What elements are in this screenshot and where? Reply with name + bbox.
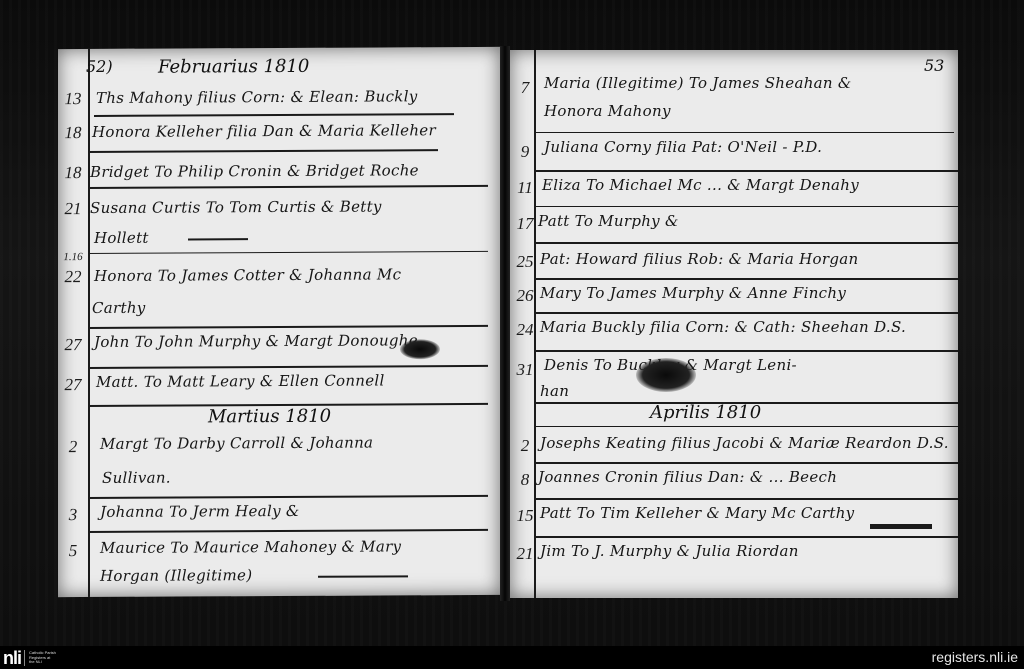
viewer-footer: nli Catholic Parish Registers at the NLI… <box>0 646 1024 669</box>
left-register-page: 52) Februarius 1810 13 Ths Mahony filius… <box>58 47 500 597</box>
entry-day: 11 <box>512 178 538 198</box>
ink-blot <box>400 339 440 359</box>
entry-day: 5 <box>60 541 86 561</box>
register-scan[interactable]: 52) Februarius 1810 13 Ths Mahony filius… <box>0 0 1024 646</box>
register-entry: 18 Honora Kelleher filia Dan & Maria Kel… <box>58 119 500 121</box>
nli-logo-text: Catholic Parish Registers at the NLI <box>29 651 57 665</box>
register-entry: 3 Johanna To Jerm Healy & <box>58 499 500 501</box>
register-entry: 2 Margt To Darby Carroll & Johanna Sulli… <box>58 427 500 429</box>
entry-day: 21 <box>60 199 86 219</box>
ink-smear <box>870 524 932 529</box>
entry-day: 26 <box>512 286 538 306</box>
entry-text: Matt. To Matt Leary & Ellen Connell <box>96 371 385 391</box>
month-heading: Aprilis 1810 <box>650 402 761 423</box>
entry-day: 18 <box>60 163 86 183</box>
nli-logo-mark: nli <box>3 649 21 667</box>
entry-day: 21 <box>512 544 538 564</box>
entry-text: Bridget To Philip Cronin & Bridget Roche <box>90 161 419 181</box>
entry-continuation: Honora Mahony <box>544 102 671 120</box>
entry-day: 2 <box>512 436 538 456</box>
month-heading: Martius 1810 <box>208 406 331 428</box>
entry-day: 22 <box>60 267 86 287</box>
entry-text: Honora To James Cotter & Johanna Mc <box>94 265 401 285</box>
entry-continuation: Horgan (Illegitime) <box>100 566 252 585</box>
register-entry: 18 Bridget To Philip Cronin & Bridget Ro… <box>58 159 500 161</box>
entry-text: John To John Murphy & Margt Donoughe <box>94 331 418 351</box>
entry-continuation: Hollett <box>94 229 149 247</box>
entry-day: 27 <box>60 375 86 395</box>
entry-day: 15 <box>512 506 538 526</box>
ink-blot <box>636 358 696 392</box>
entry-text: Patt To Tim Kelleher & Mary Mc Carthy <box>540 504 854 522</box>
entry-continuation: Carthy <box>92 299 146 317</box>
entry-day: 7 <box>512 78 538 98</box>
entry-continuation: Sullivan. <box>102 469 171 487</box>
entry-day: 27 <box>60 335 86 355</box>
entry-day: 3 <box>60 505 86 525</box>
entry-day: 8 <box>512 470 538 490</box>
entry-text: Juliana Corny filia Pat: O'Neil - P.D. <box>544 138 822 156</box>
entry-day: 9 <box>512 142 538 162</box>
entry-day: 18 <box>60 123 86 143</box>
margin-note: 1.16 <box>60 251 86 263</box>
entry-text: Eliza To Michael Mc ... & Margt Denahy <box>542 176 859 194</box>
entry-day: 17 <box>512 214 538 234</box>
register-entry: 21 Susana Curtis To Tom Curtis & Betty H… <box>58 195 500 197</box>
register-entry: 5 Maurice To Maurice Mahoney & Mary Horg… <box>58 535 500 537</box>
register-entry: 13 Ths Mahony filius Corn: & Elean: Buck… <box>58 85 500 87</box>
entry-text: Maurice To Maurice Mahoney & Mary <box>100 537 401 557</box>
entry-text: Pat: Howard filius Rob: & Maria Horgan <box>540 250 858 268</box>
entry-text: Josephs Keating filius Jacobi & Mariæ Re… <box>540 434 949 452</box>
entry-text: Honora Kelleher filia Dan & Maria Kelleh… <box>92 121 436 141</box>
right-register-page: 53 7 Maria (Illegitime) To James Sheahan… <box>510 50 958 598</box>
site-link[interactable]: registers.nli.ie <box>932 649 1018 665</box>
entry-day: 25 <box>512 252 538 272</box>
entry-day: 31 <box>512 360 538 380</box>
entry-text: Jim To J. Murphy & Julia Riordan <box>540 542 799 560</box>
entry-day: 13 <box>60 89 86 109</box>
margin-rule <box>88 49 90 597</box>
entry-text: Maria Buckly filia Corn: & Cath: Sheehan… <box>540 318 906 336</box>
entry-day: 2 <box>60 437 86 457</box>
nli-logo[interactable]: nli Catholic Parish Registers at the NLI <box>3 649 57 667</box>
book-spine <box>500 46 510 601</box>
entry-text: Joannes Cronin filius Dan: & ... Beech <box>538 468 837 486</box>
entry-text: Margt To Darby Carroll & Johanna <box>100 434 373 453</box>
entry-continuation: han <box>540 382 569 400</box>
entry-text: Johanna To Jerm Healy & <box>100 502 300 521</box>
entry-text: Ths Mahony filius Corn: & Elean: Buckly <box>96 87 418 107</box>
entry-day: 24 <box>512 320 538 340</box>
entry-text: Susana Curtis To Tom Curtis & Betty <box>90 197 382 217</box>
page-number: 52) <box>86 57 113 76</box>
month-heading: Februarius 1810 <box>158 56 309 78</box>
entry-text: Mary To James Murphy & Anne Finchy <box>540 284 846 302</box>
entry-text: Patt To Murphy & <box>538 212 679 230</box>
entry-text: Maria (Illegitime) To James Sheahan & <box>544 74 852 92</box>
page-number: 53 <box>924 56 944 75</box>
